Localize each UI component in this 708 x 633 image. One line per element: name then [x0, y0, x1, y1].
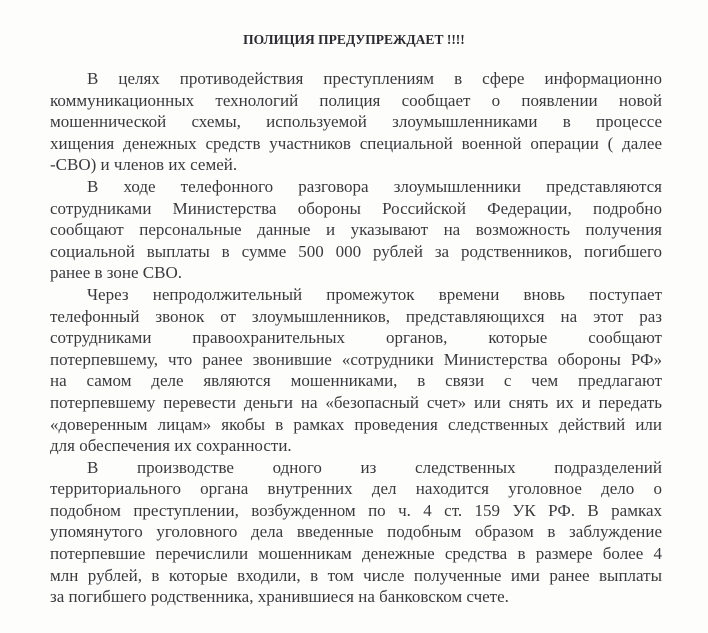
text-line: мошеннической схемы, используемой злоумы…	[50, 111, 662, 133]
text-line: подобном преступлении, возбужденном по ч…	[50, 500, 662, 522]
text-line: ранее в зоне СВО.	[50, 262, 662, 284]
text-line: сообщают персональные данные и указывают…	[50, 219, 662, 241]
paragraph-2: В ходе телефонного разговора злоумышленн…	[50, 176, 662, 284]
text-line: на самом деле являются мошенниками, в св…	[50, 370, 662, 392]
paragraph-3: Через непродолжительный промежуток време…	[50, 284, 662, 457]
text-line: телефонный звонок от злоумышленников, пр…	[50, 306, 662, 328]
text-line: сотрудниками Министерства обороны Россий…	[50, 198, 662, 220]
text-line: коммуникационных технологий полиция сооб…	[50, 90, 662, 112]
text-line: В производстве одного из следственных по…	[50, 457, 662, 479]
text-line: социальной выплаты в сумме 500 000 рубле…	[50, 241, 662, 263]
text-line: хищения денежных средств участников спец…	[50, 133, 662, 155]
text-line: -СВО) и членов их семей.	[50, 154, 662, 176]
document-page: ПОЛИЦИЯ ПРЕДУПРЕЖДАЕТ !!!! В целях проти…	[0, 0, 708, 633]
document-title: ПОЛИЦИЯ ПРЕДУПРЕЖДАЕТ !!!!	[0, 32, 708, 48]
document-body: В целях противодействия преступлениям в …	[50, 68, 662, 608]
text-line: за погибшего родственника, хранившиеся н…	[50, 586, 662, 608]
text-line: территориального органа внутренних дел н…	[50, 478, 662, 500]
text-line: потерпевшему перевести деньги на «безопа…	[50, 392, 662, 414]
text-line: для обеспечения их сохранности.	[50, 435, 662, 457]
text-line: упомянутого уголовного дела введенные по…	[50, 521, 662, 543]
text-line: В целях противодействия преступлениям в …	[50, 68, 662, 90]
text-line: Через непродолжительный промежуток време…	[50, 284, 662, 306]
paragraph-4: В производстве одного из следственных по…	[50, 457, 662, 608]
text-line: сотрудниками правоохранительных органов,…	[50, 327, 662, 349]
text-line: потерпевшему, что ранее звонившие «сотру…	[50, 349, 662, 371]
text-line: «доверенным лицам» якобы в рамках провед…	[50, 414, 662, 436]
text-line: потерпевшие перечислили мошенникам денеж…	[50, 543, 662, 565]
paragraph-1: В целях противодействия преступлениям в …	[50, 68, 662, 176]
text-line: В ходе телефонного разговора злоумышленн…	[50, 176, 662, 198]
text-line: млн рублей, в которые входили, в том чис…	[50, 565, 662, 587]
